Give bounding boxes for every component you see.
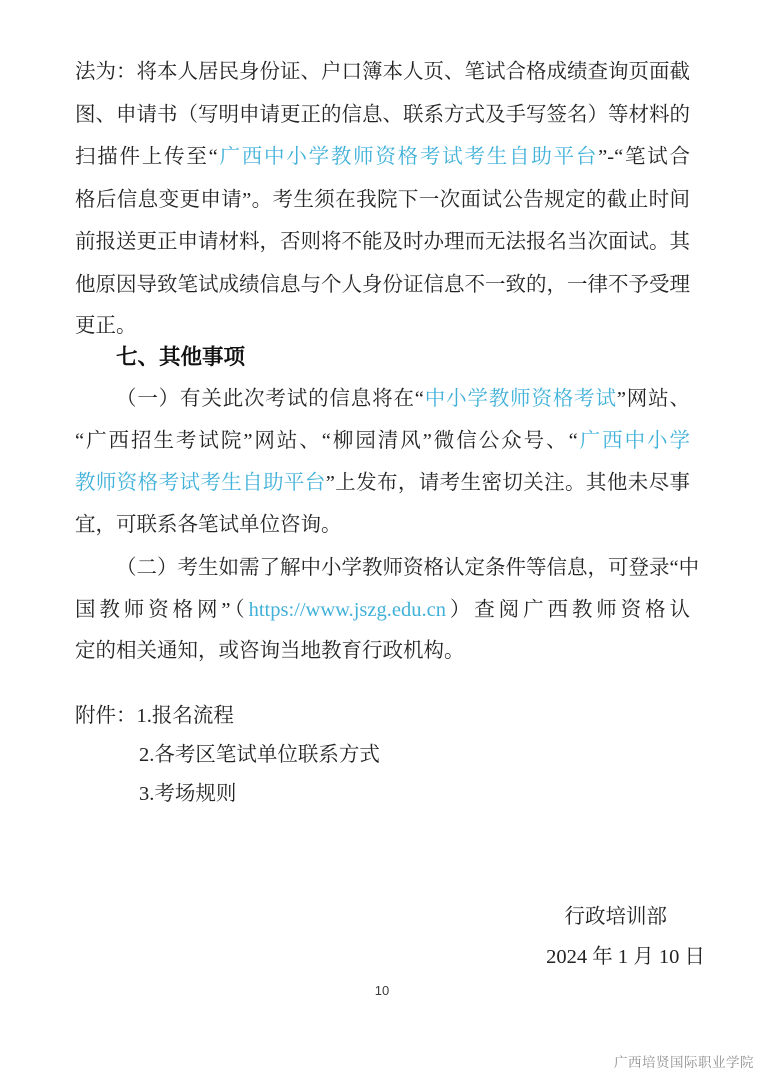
attachment-item: 3.考场规则	[75, 773, 690, 816]
text-run: 他原因导致笔试成绩信息与个人身份证信息不一致的，一律不予受理	[75, 274, 690, 296]
attachment-item: 2.各考区笔试单位联系方式	[75, 734, 690, 777]
text-run: 宜，可联系各笔试单位咨询。	[75, 514, 342, 536]
text-run: 扫描件上传至“	[75, 146, 218, 168]
paragraph-line: 图、申请书（写明申请更正的信息、联系方式及手写签名）等材料的	[75, 94, 690, 137]
text-run: 行政培训部	[565, 906, 668, 928]
hyperlink-text[interactable]: 中小学教师资格考试	[424, 388, 617, 410]
text-run: ”上发布，请考生密切关注。其他未尽事	[326, 472, 690, 494]
paragraph-line: 法为：将本人居民身份证、户口簿本人页、笔试合格成绩查询页面截	[75, 51, 690, 94]
text-run: 前报送更正申请材料，否则将不能及时办理而无法报名当次面试。其	[75, 231, 690, 253]
page-number: 10	[0, 983, 764, 998]
paragraph-line: “广西招生考试院”网站、“柳园清风”微信公众号、“广西中小学	[75, 420, 690, 463]
text-run: 2024 年 1 月 10 日	[546, 946, 705, 968]
text-run: 附件：1.报名流程	[75, 705, 234, 727]
paragraph-line: 格后信息变更申请”。考生须在我院下一次面试公告规定的截止时间	[75, 179, 690, 222]
paragraph-line: 前报送更正申请材料，否则将不能及时办理而无法报名当次面试。其	[75, 221, 690, 264]
hyperlink-text[interactable]: https://www.jszg.edu.cn	[249, 599, 446, 621]
signature-date: 2024 年 1 月 10 日	[546, 936, 705, 979]
watermark: 广西培贤国际职业学院	[614, 1051, 754, 1071]
paragraph-line: （一）有关此次考试的信息将在“中小学教师资格考试”网站、	[75, 378, 690, 421]
text-run: （二）考生如需了解中小学教师资格认定条件等信息，可登录“中	[116, 557, 699, 579]
text-run: 2.各考区笔试单位联系方式	[139, 744, 380, 766]
paragraph-line: 国教师资格网”（https://www.jszg.edu.cn）查阅广西教师资格…	[75, 589, 690, 632]
signature-department: 行政培训部	[565, 896, 668, 939]
text-run: ”-“笔试合	[598, 146, 690, 168]
paragraph-line: 宜，可联系各笔试单位咨询。	[75, 504, 690, 547]
text-run: （一）有关此次考试的信息将在“	[116, 388, 424, 410]
text-run: 国教师资格网”（	[75, 599, 249, 621]
hyperlink-text[interactable]: 广西中小学教师资格考试考生自助平台	[218, 146, 598, 168]
paragraph-line: （二）考生如需了解中小学教师资格认定条件等信息，可登录“中	[75, 547, 690, 590]
hyperlink-text[interactable]: 广西中小学	[578, 430, 690, 452]
text-run: 图、申请书（写明申请更正的信息、联系方式及手写签名）等材料的	[75, 104, 690, 126]
document-page: 法为：将本人居民身份证、户口簿本人页、笔试合格成绩查询页面截图、申请书（写明申请…	[0, 0, 764, 1080]
text-run: 更正。	[75, 315, 137, 337]
paragraph-line: 定的相关通知，或咨询当地教育行政机构。	[75, 630, 690, 673]
section-heading: 七、其他事项	[75, 336, 690, 379]
text-run: 3.考场规则	[139, 783, 236, 805]
attachments-label-line: 附件：1.报名流程	[75, 695, 690, 738]
text-run: 法为：将本人居民身份证、户口簿本人页、笔试合格成绩查询页面截	[75, 61, 690, 83]
paragraph-line: 教师资格考试考生自助平台”上发布，请考生密切关注。其他未尽事	[75, 462, 690, 505]
text-run: 定的相关通知，或咨询当地教育行政机构。	[75, 640, 465, 662]
text-run: “广西招生考试院”网站、“柳园清风”微信公众号、“	[75, 430, 578, 452]
text-run: ）查阅广西教师资格认	[446, 599, 690, 621]
paragraph-line: 他原因导致笔试成绩信息与个人身份证信息不一致的，一律不予受理	[75, 264, 690, 307]
paragraph-line: 扫描件上传至“广西中小学教师资格考试考生自助平台”-“笔试合	[75, 136, 690, 179]
text-run: ”网站、	[617, 388, 690, 410]
text-run: 格后信息变更申请”。考生须在我院下一次面试公告规定的截止时间	[75, 189, 690, 211]
text-run: 七、其他事项	[116, 345, 245, 369]
hyperlink-text[interactable]: 教师资格考试考生自助平台	[75, 472, 326, 494]
